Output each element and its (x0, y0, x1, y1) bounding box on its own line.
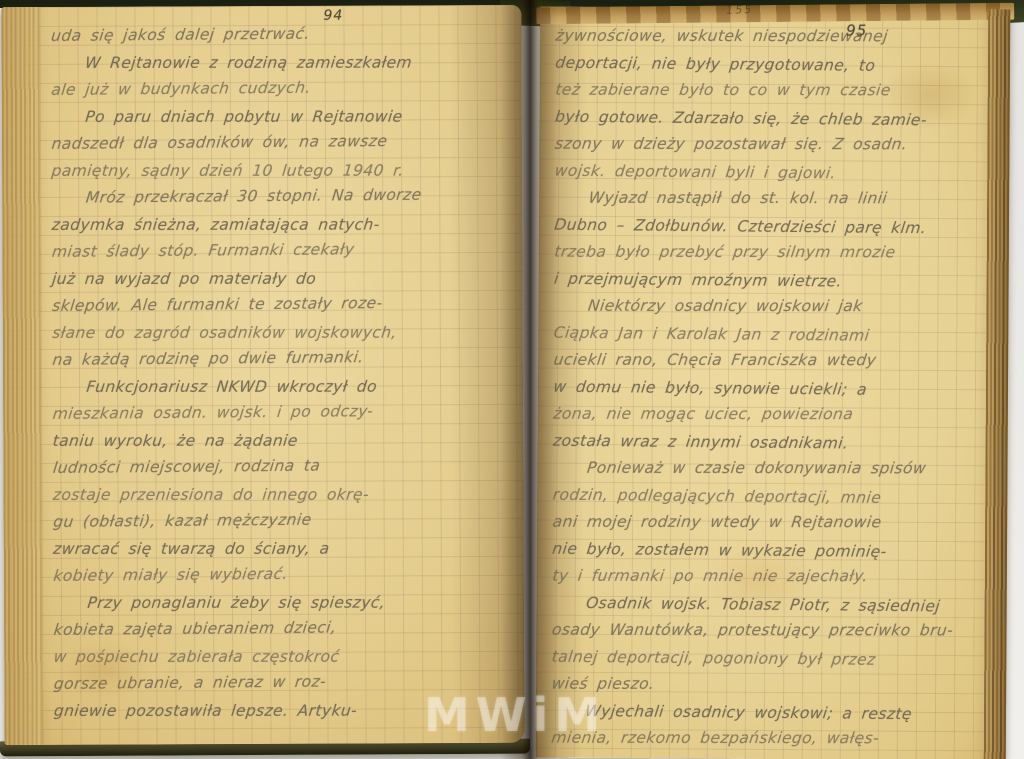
edge-page-number-faint: 155 (726, 3, 753, 17)
handwritten-line: ty i furmanki po mnie nie zajechały. (551, 563, 997, 591)
handwritten-line: kobieta zajęta ubieraniem dzieci, (52, 613, 523, 644)
handwritten-text-left: uda się jakoś dalej przetrwać.W Rejtanow… (49, 21, 520, 725)
handwritten-line: Ponieważ w czasie dokonywania spisów (551, 455, 997, 483)
page-edge-left (1, 7, 42, 745)
page-number-95: 95 (846, 21, 867, 39)
handwritten-line: na każdą rodzinę po dwie furmanki. (51, 343, 522, 374)
handwritten-line: miast ślady stóp. Furmanki czekały (51, 235, 522, 266)
handwritten-line: gniewie pozostawiła lepsze. Artyku- (53, 698, 524, 725)
handwritten-text-right: żywnościowe, wskutek niespodziewanejdepo… (550, 23, 996, 755)
page-number-94: 94 (323, 8, 343, 24)
handwritten-line: żona, nie mogąc uciec, powieziona (552, 401, 998, 429)
handwritten-line: gu (obłasti), kazał mężczyznie (52, 505, 523, 536)
diary-page-right: 155 95 żywnościowe, wskutek niespodziewa… (536, 7, 1011, 759)
handwritten-line: mieszkania osadn. wojsk. i po odczy- (51, 397, 522, 428)
handwritten-line: osady Wanutówka, protestujący przeciwko … (550, 617, 996, 645)
handwritten-line: Niektórzy osadnicy wojskowi jak (552, 293, 998, 321)
handwritten-line: gorsze ubranie, a nieraz w roz- (52, 667, 523, 698)
handwritten-line: też zabierane było to co w tym czasie (554, 77, 1000, 105)
diary-page-left: 94 uda się jakoś dalej przetrwać.W Rejta… (1, 5, 524, 745)
handwritten-line: uciekli rano, Chęcia Franciszka wtedy (552, 347, 998, 375)
handwritten-line: ani mojej rodziny wtedy w Rejtanowie (551, 509, 997, 537)
page-edge-deckle: 155 (536, 3, 1014, 25)
handwritten-line: żywnościowe, wskutek niespodziewanej (554, 23, 1000, 51)
handwritten-line: sklepów. Ale furmanki te zostały roze- (51, 289, 522, 320)
handwritten-line: uda się jakoś dalej przetrwać. (50, 19, 521, 50)
handwritten-line: mienia, rzekomo bezpańskiego, wałęs- (550, 725, 996, 753)
photo-of-open-diary: 155 95 żywnościowe, wskutek niespodziewa… (0, 0, 1024, 759)
handwritten-line: szony w dzieży pozostawał się. Z osadn. (553, 131, 999, 159)
handwritten-line: ludności miejscowej, rodzina ta (51, 451, 522, 482)
handwritten-line: kobiety miały się wybierać. (52, 559, 523, 590)
handwritten-line: Mróz przekraczał 30 stopni. Na dworze (50, 181, 521, 212)
handwritten-line: nadszedł dla osadników ów, na zawsze (50, 127, 521, 158)
handwritten-line: trzeba było przebyć przy silnym mrozie (553, 239, 999, 267)
handwritten-line: ale już w budynkach cudzych. (50, 73, 521, 104)
handwritten-line: Wyjazd nastąpił do st. kol. na linii (553, 185, 999, 213)
handwritten-line: wieś pieszo. (550, 671, 996, 699)
